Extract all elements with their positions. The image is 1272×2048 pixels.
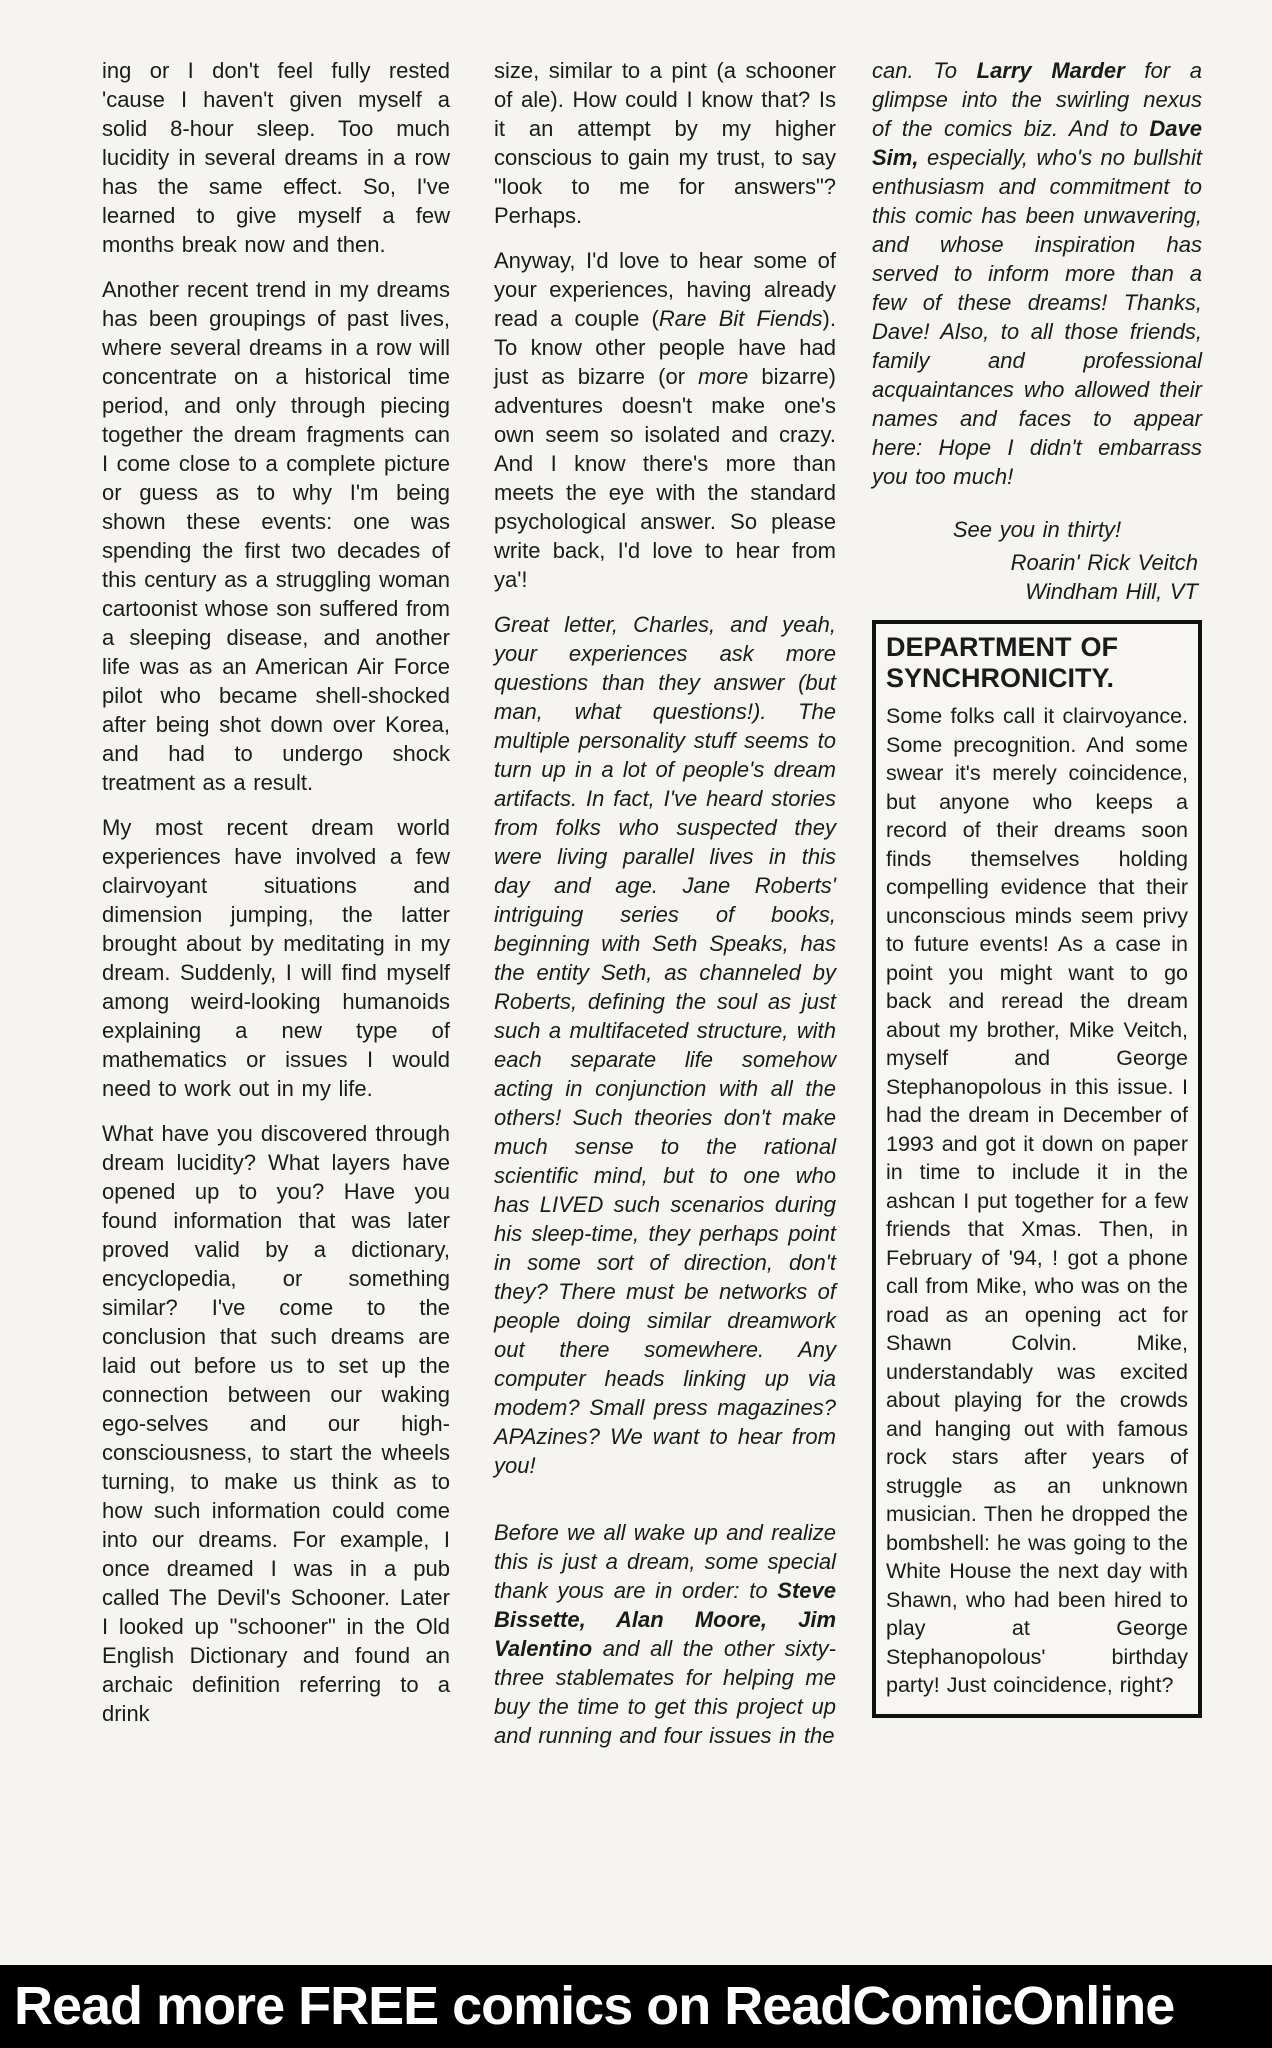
text-segment: bizarre) adventures doesn't make one's o…: [494, 364, 836, 592]
promo-banner-text: Read more FREE comics on ReadComicOnline: [0, 1965, 1174, 2048]
comic-title-italic: Rare Bit Fiends: [659, 306, 823, 331]
letter-paragraph: My most recent dream world experiences h…: [102, 813, 450, 1103]
department-of-synchronicity-box: DEPARTMENT OF SYNCHRONICITY. Some folks …: [872, 620, 1202, 1718]
editor-reply-paragraph: can. To Larry Marder for a glimpse into …: [872, 56, 1202, 491]
signoff-line: See you in thirty!: [872, 515, 1202, 544]
sync-box-title: DEPARTMENT OF SYNCHRONICITY.: [886, 632, 1188, 694]
editor-reply-paragraph: Before we all wake up and realize this i…: [494, 1518, 836, 1750]
letter-paragraph: ing or I don't feel fully rested 'cause …: [102, 56, 450, 259]
sync-box-body: Some folks call it clairvoyance. Some pr…: [886, 702, 1188, 1700]
thanked-name-bold: Larry Marder: [977, 58, 1125, 83]
emphasis-italic: more: [698, 364, 748, 389]
column-1: ing or I don't feel fully rested 'cause …: [102, 56, 450, 1744]
editor-reply-paragraph: Great letter, Charles, and yeah, your ex…: [494, 610, 836, 1480]
letter-paragraph: What have you discovered through dream l…: [102, 1119, 450, 1728]
sync-box-title-line2: SYNCHRONICITY.: [886, 663, 1114, 693]
letter-paragraph: Another recent trend in my dreams has be…: [102, 275, 450, 797]
sync-box-title-line1: DEPARTMENT OF: [886, 632, 1118, 662]
promo-banner: Read more FREE comics on ReadComicOnline: [0, 1965, 1272, 2048]
signature-place: Windham Hill, VT: [872, 577, 1198, 606]
letter-paragraph: Anyway, I'd love to hear some of your ex…: [494, 246, 836, 594]
letter-paragraph: size, similar to a pint (a schooner of a…: [494, 56, 836, 230]
signature-name: Roarin' Rick Veitch: [872, 548, 1198, 577]
text-segment: especially, who's no bullshit enthusiasm…: [872, 145, 1202, 489]
column-3: can. To Larry Marder for a glimpse into …: [872, 56, 1202, 1718]
text-segment: can. To: [872, 58, 977, 83]
column-2: size, similar to a pint (a schooner of a…: [494, 56, 836, 1766]
